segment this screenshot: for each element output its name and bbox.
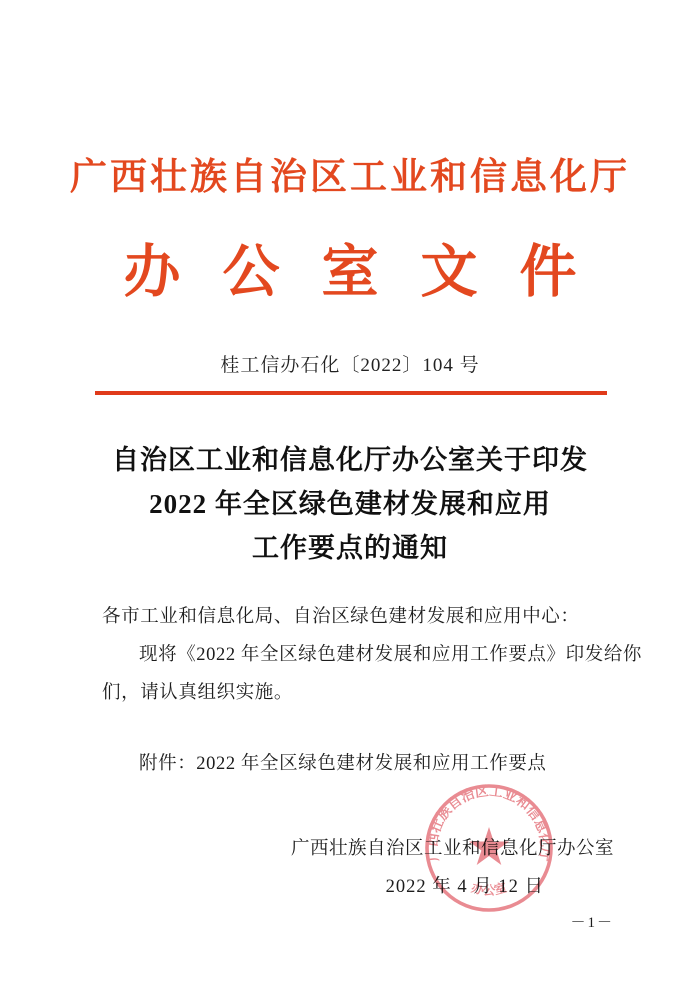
letterhead-agency-name: 广西壮族自治区工业和信息化厅 bbox=[0, 146, 700, 200]
document-title-line2: 2022 年全区绿色建材发展和应用 bbox=[50, 482, 650, 526]
red-divider-line bbox=[95, 391, 607, 395]
document-title: 自治区工业和信息化厅办公室关于印发 2022 年全区绿色建材发展和应用 工作要点… bbox=[50, 438, 650, 570]
page-number: －1－ bbox=[570, 911, 614, 932]
body-paragraph-line2: 们，请认真组织实施。 bbox=[102, 678, 602, 704]
signature-date: 2022 年 4 月 12 日 bbox=[386, 872, 544, 898]
salutation-line: 各市工业和信息化局、自治区绿色建材发展和应用中心： bbox=[102, 602, 602, 628]
signature-agency-name: 广西壮族自治区工业和信息化厅办公室 bbox=[291, 834, 614, 860]
document-reference-number: 桂工信办石化〔2022〕104 号 bbox=[0, 350, 700, 377]
document-title-line1: 自治区工业和信息化厅办公室关于印发 bbox=[50, 438, 650, 482]
document-page: 广西壮族自治区工业和信息化厅 办公室文件 桂工信办石化〔2022〕104 号 自… bbox=[0, 0, 700, 989]
attachment-line: 附件：2022 年全区绿色建材发展和应用工作要点 bbox=[102, 749, 639, 775]
body-paragraph-line1: 现将《2022 年全区绿色建材发展和应用工作要点》印发给你 bbox=[102, 640, 639, 666]
document-title-line3: 工作要点的通知 bbox=[50, 526, 650, 570]
letterhead-document-type: 办公室文件 bbox=[0, 226, 700, 308]
